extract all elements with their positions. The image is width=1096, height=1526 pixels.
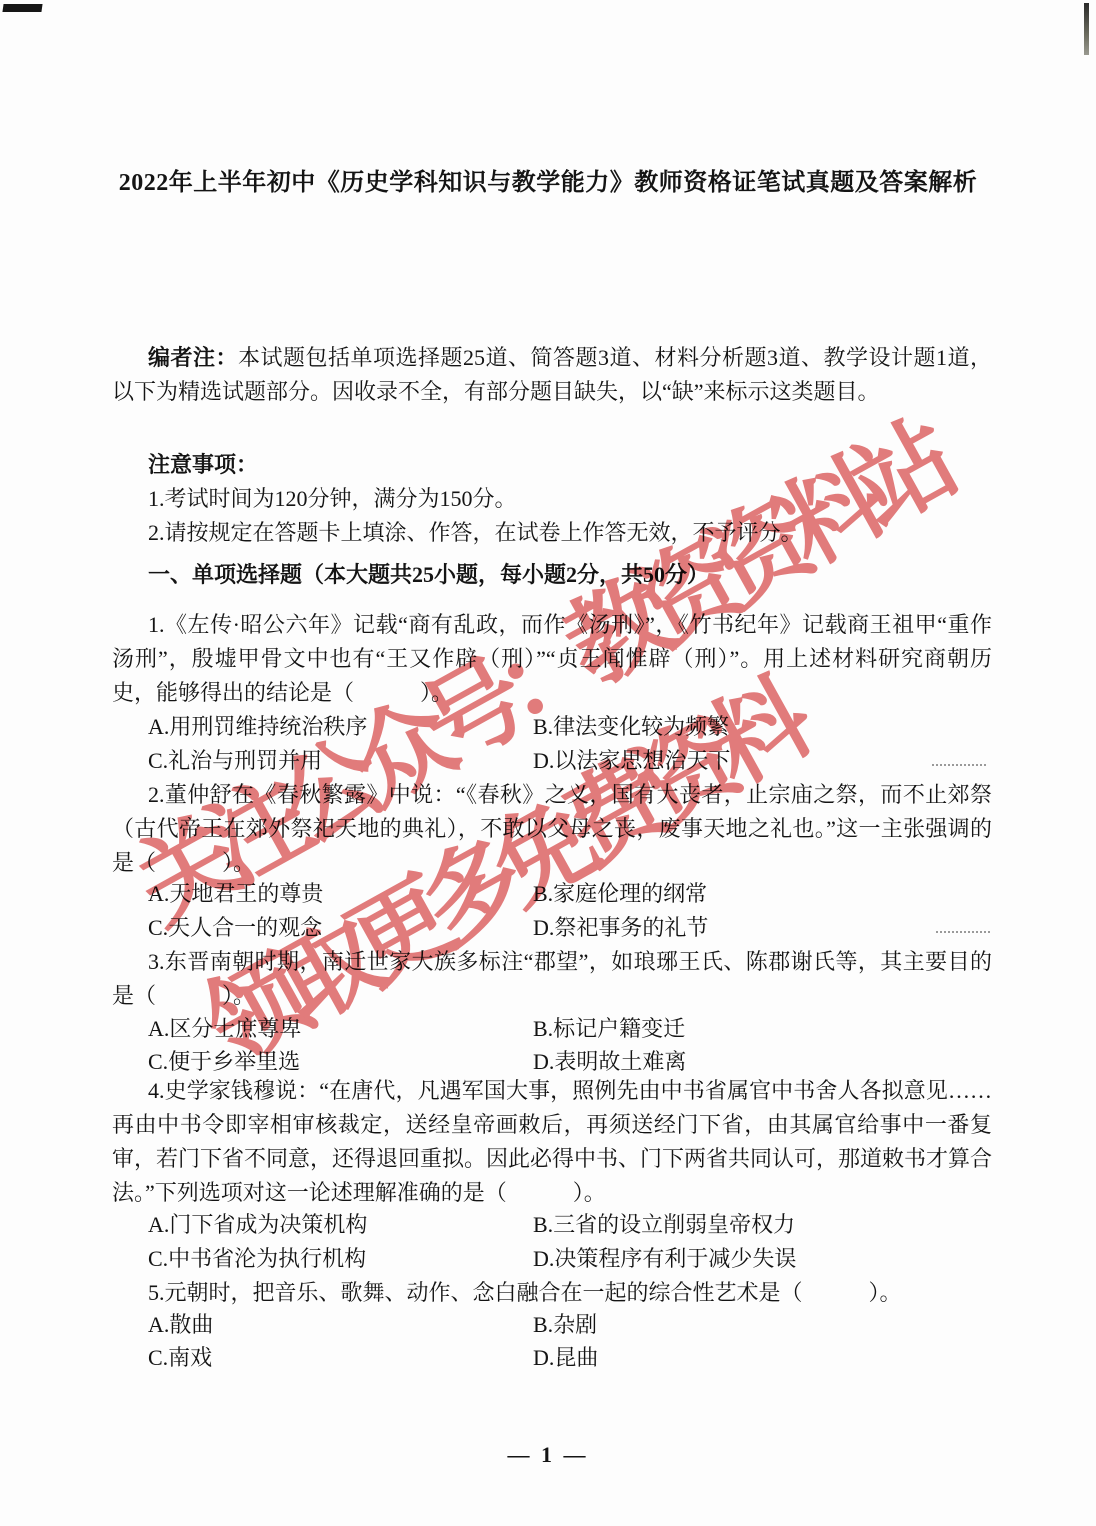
question-5-option-c: C.南戏 <box>148 1341 212 1375</box>
question-5-option-b: B.杂剧 <box>533 1308 597 1342</box>
section-heading: 一、单项选择题（本大题共25小题，每小题2分，共50分） <box>112 558 992 592</box>
notice-heading: 注意事项： <box>112 448 992 482</box>
question-4-option-b: B.三省的设立削弱皇帝权力 <box>533 1208 795 1242</box>
scan-artifact <box>936 931 990 933</box>
question-4-option-a: A.门下省成为决策机构 <box>148 1208 367 1242</box>
question-1-option-b: B.律法变化较为频繁 <box>533 710 729 744</box>
question-2-option-a: A.天地君王的尊贵 <box>148 877 323 911</box>
question-4-option-c: C.中书省沦为执行机构 <box>148 1242 366 1276</box>
editor-note: 编者注：本试题包括单项选择题25道、简答题3道、材料分析题3道、教学设计题1道，… <box>112 341 992 409</box>
question-1-option-c: C.礼治与刑罚并用 <box>148 744 322 778</box>
question-3-option-b: B.标记户籍变迁 <box>533 1012 685 1046</box>
scan-artifact <box>932 764 986 766</box>
notice-item-1: 1.考试时间为120分钟，满分为150分。 <box>112 482 992 516</box>
question-3-option-a: A.区分士庶尊卑 <box>148 1012 301 1046</box>
notice-item-2: 2.请按规定在答题卡上填涂、作答，在试卷上作答无效，不予评分。 <box>112 516 992 550</box>
question-2-option-d: D.祭祀事务的礼节 <box>533 911 708 945</box>
question-2-option-c: C.天人合一的观念 <box>148 911 322 945</box>
question-1-option-a: A.用刑罚维持统治秩序 <box>148 710 367 744</box>
question-2-option-b: B.家庭伦理的纲常 <box>533 877 707 911</box>
question-1-options-row-2: C.礼治与刑罚并用 D.以法家思想治天下 <box>112 744 992 778</box>
document-page: 2022年上半年初中《历史学科知识与教学能力》教师资格证笔试真题及答案解析 编者… <box>0 0 1096 1526</box>
question-5-stem: 5.元朝时，把音乐、歌舞、动作、念白融合在一起的综合性艺术是（ ）。 <box>112 1276 992 1310</box>
question-2-stem: 2.董仲舒在《春秋繁露》中说：“《春秋》之义，国有大丧者，止宗庙之祭，而不止郊祭… <box>112 778 992 880</box>
question-1-stem: 1.《左传·昭公六年》记载“商有乱政，而作《汤刑》”，《竹书纪年》记载商王祖甲“… <box>112 608 992 710</box>
scan-mark-top-right <box>1084 3 1089 55</box>
question-3-stem: 3.东晋南朝时期，南迁世家大族多标注“郡望”，如琅琊王氏、陈郡谢氏等，其主要目的… <box>112 945 992 1013</box>
question-1-option-d: D.以法家思想治天下 <box>533 744 730 778</box>
question-2-options-row-2: C.天人合一的观念 D.祭祀事务的礼节 <box>112 911 992 945</box>
editor-note-label: 编者注： <box>148 345 238 370</box>
scan-mark-top-left <box>2 4 42 12</box>
question-4-options-row-2: C.中书省沦为执行机构 D.决策程序有利于减少失误 <box>112 1242 992 1276</box>
question-5-option-d: D.昆曲 <box>533 1341 598 1375</box>
document-title: 2022年上半年初中《历史学科知识与教学能力》教师资格证笔试真题及答案解析 <box>0 162 1096 197</box>
question-4-options-row-1: A.门下省成为决策机构 B.三省的设立削弱皇帝权力 <box>112 1208 992 1242</box>
editor-note-text: 本试题包括单项选择题25道、简答题3道、材料分析题3道、教学设计题1道，以下为精… <box>112 345 992 404</box>
question-4-stem: 4.史学家钱穆说：“在唐代，凡遇军国大事，照例先由中书省属官中书舍人各拟意见……… <box>112 1074 992 1210</box>
question-5-options-row-1: A.散曲 B.杂剧 <box>112 1308 992 1342</box>
page-number: — 1 — <box>0 1442 1096 1468</box>
question-2-options-row-1: A.天地君王的尊贵 B.家庭伦理的纲常 <box>112 877 992 911</box>
question-1-options-row-1: A.用刑罚维持统治秩序 B.律法变化较为频繁 <box>112 710 992 744</box>
question-4-option-d: D.决策程序有利于减少失误 <box>533 1242 796 1276</box>
question-5-option-a: A.散曲 <box>148 1308 213 1342</box>
question-5-options-row-2: C.南戏 D.昆曲 <box>112 1341 992 1375</box>
question-3-options-row-1: A.区分士庶尊卑 B.标记户籍变迁 <box>112 1012 992 1046</box>
